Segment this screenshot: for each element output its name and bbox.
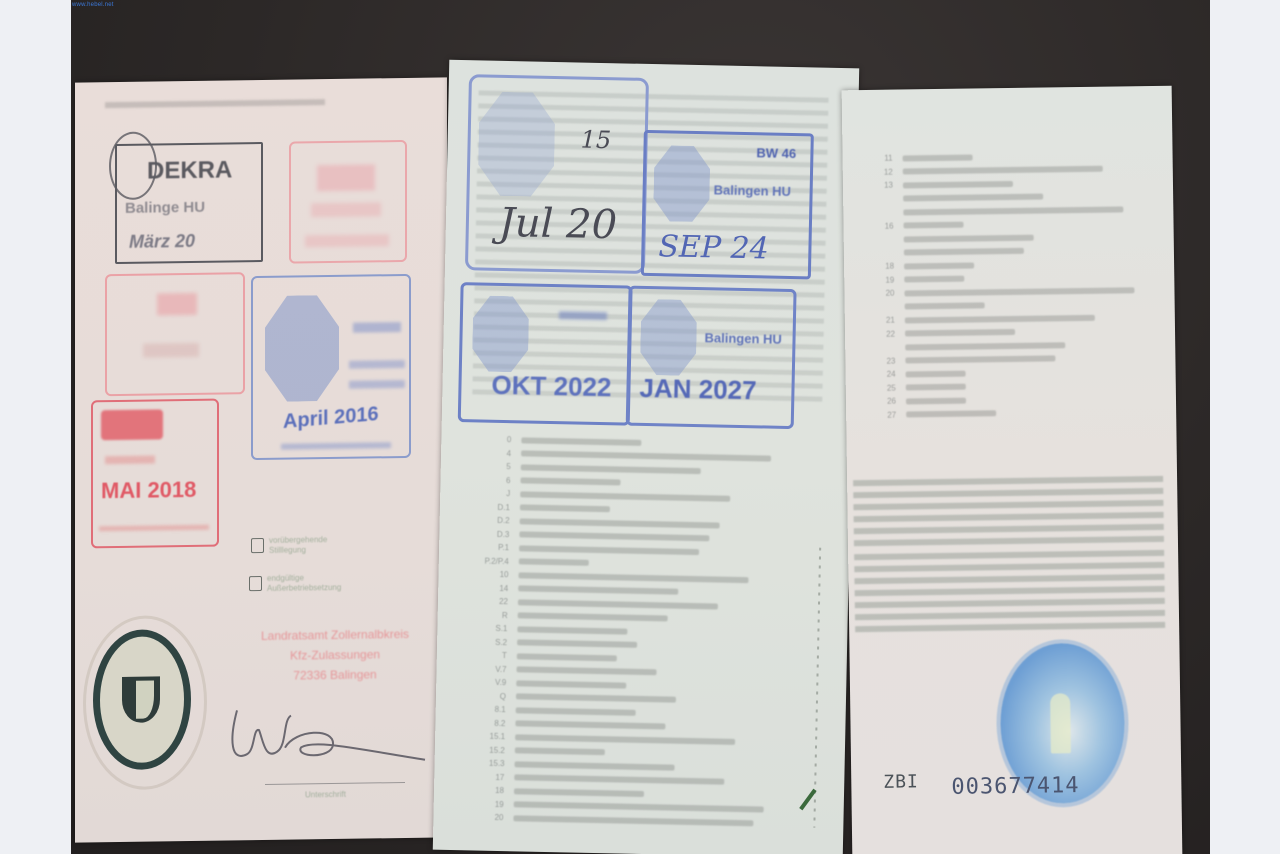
octagon-seal-icon bbox=[640, 299, 698, 376]
stamp-place: Balinge HU bbox=[125, 199, 205, 217]
red-stamp-mai: MAI 2018 bbox=[91, 399, 219, 549]
octagon-seal-icon bbox=[265, 295, 339, 402]
document-photo: DEKRA Balinge HU März 20 April 2016 bbox=[71, 0, 1210, 854]
serial-prefix: ZBI bbox=[883, 771, 919, 792]
field-description bbox=[521, 437, 641, 446]
field-code: D.1 bbox=[480, 502, 510, 512]
signature bbox=[225, 697, 455, 790]
handwritten-date: Jul 20 bbox=[498, 200, 617, 248]
official-seal bbox=[93, 629, 191, 770]
field-code: 17 bbox=[474, 772, 504, 782]
field-description bbox=[515, 721, 665, 730]
stamp-place: Balingen HU bbox=[713, 182, 791, 199]
dekra-stamp: DEKRA Balinge HU März 20 bbox=[115, 142, 263, 264]
field-code: 8.2 bbox=[475, 718, 505, 728]
field-code: 27 bbox=[866, 410, 896, 419]
notes-paragraph-2 bbox=[854, 550, 1165, 634]
field-code: 18 bbox=[864, 262, 894, 271]
field-description bbox=[515, 734, 735, 745]
field-code: D.2 bbox=[480, 516, 510, 526]
octagon-seal-icon bbox=[477, 91, 555, 197]
field-description bbox=[514, 788, 644, 797]
checkbox-label: vorübergehende Stilllegung bbox=[269, 535, 327, 556]
field-code: V.9 bbox=[476, 678, 506, 688]
field-code: R bbox=[478, 610, 508, 620]
field-description bbox=[521, 464, 701, 474]
field-description bbox=[904, 276, 964, 283]
field-description bbox=[516, 667, 656, 676]
field-description bbox=[904, 234, 1034, 242]
handwritten-day: 15 bbox=[580, 126, 611, 155]
field-code: P.1 bbox=[479, 543, 509, 553]
field-description bbox=[517, 626, 627, 634]
field-list: 1112131618192021222324252627 bbox=[863, 148, 1147, 422]
stamp-code: BW 46 bbox=[756, 145, 796, 161]
field-code: V.7 bbox=[476, 664, 506, 674]
red-stamp-middle bbox=[105, 272, 245, 396]
eagle-emblem-icon bbox=[1050, 693, 1071, 753]
field-description bbox=[515, 761, 675, 770]
field-description bbox=[905, 329, 1015, 337]
field-description bbox=[513, 815, 753, 826]
field-code: 23 bbox=[865, 356, 895, 365]
field-description bbox=[514, 775, 724, 785]
field-description bbox=[906, 384, 966, 391]
field-code: 12 bbox=[863, 167, 893, 176]
field-code: 0 bbox=[481, 435, 511, 445]
field-description bbox=[905, 342, 1065, 350]
stamp-date: MAI 2018 bbox=[101, 477, 196, 504]
header-text bbox=[105, 99, 325, 108]
stamp-place: Balingen HU bbox=[704, 330, 782, 347]
field-description bbox=[906, 397, 966, 404]
checkbox-permanent-decommissioning[interactable] bbox=[249, 576, 262, 591]
field-description bbox=[516, 694, 676, 703]
field-code: J bbox=[480, 489, 510, 499]
right-page: 1112131618192021222324252627 ZBI 0036774… bbox=[842, 86, 1183, 854]
right-margin bbox=[1210, 0, 1280, 854]
field-code: 22 bbox=[478, 597, 508, 607]
field-code: 20 bbox=[864, 289, 894, 298]
field-code: 26 bbox=[866, 397, 896, 406]
field-code: 6 bbox=[480, 475, 510, 485]
field-description bbox=[905, 303, 985, 310]
blue-stamp-sep: BW 46 Balingen HU SEP 24 bbox=[641, 130, 814, 280]
field-description bbox=[905, 315, 1095, 324]
coat-of-arms-icon bbox=[122, 676, 160, 723]
stamp-date: OKT 2022 bbox=[491, 370, 612, 404]
watermark-link[interactable]: www.hebel.net bbox=[72, 2, 114, 8]
field-description bbox=[520, 478, 620, 486]
field-description bbox=[518, 586, 678, 595]
field-code: 25 bbox=[866, 383, 896, 392]
field-code: 5 bbox=[481, 462, 511, 472]
field-description bbox=[903, 206, 1123, 215]
field-code: 22 bbox=[865, 329, 895, 338]
notes-paragraph-1 bbox=[853, 476, 1164, 548]
office-stamp: Landratsamt Zollernalbkreis Kfz-Zulassun… bbox=[225, 623, 445, 686]
stamp-date: SEP 24 bbox=[658, 229, 769, 266]
field-code: D.3 bbox=[479, 529, 509, 539]
blue-stamp-jan: Balingen HU JAN 2027 bbox=[626, 286, 797, 429]
field-code: 16 bbox=[863, 221, 893, 230]
field-description bbox=[519, 545, 699, 555]
field-description bbox=[516, 680, 626, 688]
field-description bbox=[520, 505, 610, 513]
field-description bbox=[903, 181, 1013, 189]
field-code: S.2 bbox=[477, 637, 507, 647]
field-code: 10 bbox=[478, 570, 508, 580]
field-description bbox=[904, 248, 1024, 256]
red-stamp-top bbox=[289, 140, 407, 264]
checkbox-label: endgültige Außerbetriebsetzung bbox=[267, 573, 341, 594]
stamp-date: März 20 bbox=[129, 231, 195, 253]
field-code: 20 bbox=[473, 813, 503, 823]
field-description bbox=[519, 532, 709, 542]
stamp-date: JAN 2027 bbox=[639, 373, 757, 406]
field-code: 24 bbox=[866, 370, 896, 379]
field-description bbox=[906, 410, 996, 417]
field-description bbox=[518, 613, 668, 622]
field-description bbox=[904, 287, 1134, 296]
field-code: T bbox=[477, 651, 507, 661]
checkbox-temporary-deregistration[interactable] bbox=[251, 538, 264, 553]
left-margin bbox=[0, 0, 71, 854]
field-description bbox=[905, 356, 1055, 364]
field-description bbox=[520, 491, 730, 501]
field-description bbox=[518, 599, 718, 609]
field-list: 0456JD.1D.2D.3P.1P.2/P.4101422RS.1S.2TV.… bbox=[473, 433, 821, 832]
octagon-seal-icon bbox=[653, 145, 711, 222]
field-description bbox=[518, 572, 748, 583]
serial-number: 003677414 bbox=[951, 773, 1080, 800]
stamp-date: April 2016 bbox=[283, 403, 379, 434]
field-description bbox=[515, 748, 605, 756]
field-code: 19 bbox=[864, 275, 894, 284]
field-description bbox=[520, 518, 720, 528]
field-code: 19 bbox=[474, 799, 504, 809]
list-item: 27 bbox=[866, 405, 1146, 422]
field-description bbox=[519, 559, 589, 566]
stamp-org: DEKRA bbox=[147, 156, 232, 185]
field-description bbox=[516, 707, 636, 716]
left-page: DEKRA Balinge HU März 20 April 2016 bbox=[75, 77, 447, 842]
field-description bbox=[903, 222, 963, 229]
octagon-seal-icon bbox=[472, 295, 530, 372]
field-description bbox=[906, 370, 966, 377]
field-code: 13 bbox=[863, 181, 893, 190]
signature-label: Unterschrift bbox=[305, 789, 346, 802]
blue-stamp-okt: OKT 2022 bbox=[458, 282, 633, 426]
field-description bbox=[903, 154, 973, 161]
field-code: 14 bbox=[478, 583, 508, 593]
field-description bbox=[903, 194, 1043, 202]
field-code: 15.3 bbox=[474, 759, 504, 769]
field-description bbox=[517, 653, 617, 661]
field-code: 8.1 bbox=[476, 705, 506, 715]
field-code: P.2/P.4 bbox=[479, 556, 509, 566]
middle-page: 15 Jul 20 BW 46 Balingen HU SEP 24 OKT 2… bbox=[433, 60, 859, 854]
field-code: Q bbox=[476, 691, 506, 701]
field-code: 18 bbox=[474, 786, 504, 796]
field-description bbox=[903, 166, 1103, 175]
field-code: 15.1 bbox=[475, 732, 505, 742]
field-description bbox=[904, 262, 974, 269]
field-code: 4 bbox=[481, 448, 511, 458]
handwritten-inspection-stamp: 15 Jul 20 bbox=[465, 74, 649, 274]
field-code: 21 bbox=[865, 316, 895, 325]
field-code: S.1 bbox=[477, 624, 507, 634]
blue-stamp-april: April 2016 bbox=[251, 274, 411, 460]
field-description bbox=[517, 640, 637, 649]
field-code: 11 bbox=[863, 154, 893, 163]
field-code: 15.2 bbox=[475, 745, 505, 755]
